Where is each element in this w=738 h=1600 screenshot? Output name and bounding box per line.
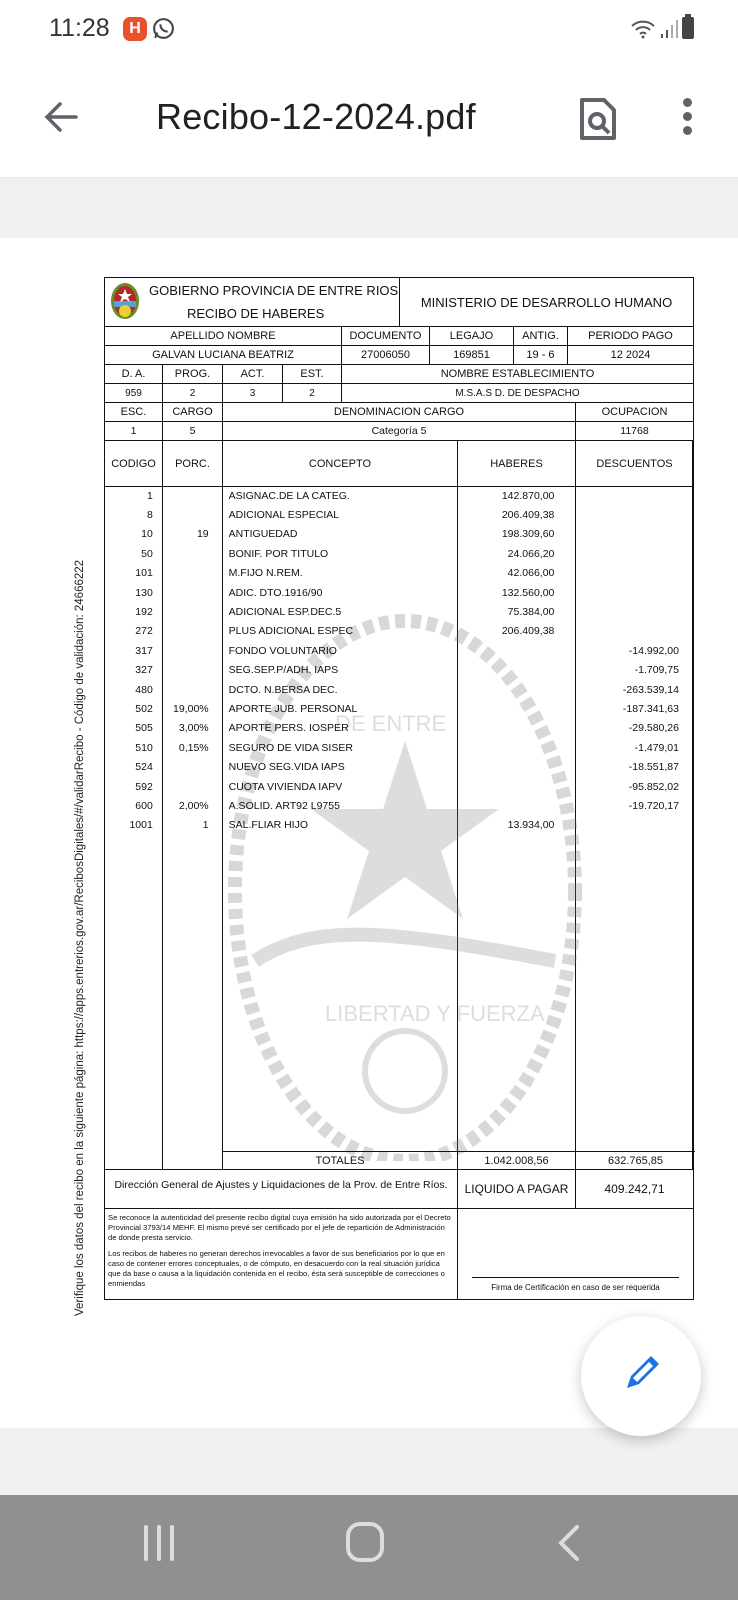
line-deduction: -19.720,17 — [574, 800, 693, 812]
line-concept: FONDO VOLUNTARIO — [223, 645, 457, 657]
label-esc: ESC. — [105, 403, 163, 421]
net-pay-label: LIQUIDO A PAGAR — [458, 1170, 576, 1208]
line-concept: ADICIONAL ESPECIAL — [223, 509, 457, 521]
line-concept: SEGURO DE VIDA SISER — [223, 742, 457, 754]
concept-line: 130ADIC. DTO.1916/90132.560,00 — [105, 583, 693, 602]
esc-value: 1 — [105, 422, 163, 440]
concept-line: 524NUEVO SEG.VIDA IAPS-18.551,87 — [105, 757, 693, 776]
line-concept: APORTE PERS. IOSPER — [223, 722, 457, 734]
line-concept: BONIF. POR TITULO — [223, 548, 457, 560]
line-concept: ADICIONAL ESP.DEC.5 — [223, 606, 457, 618]
line-concept: ANTIGUEDAD — [223, 528, 457, 540]
signature-line-label: Firma de Certificación en caso de ser re… — [458, 1283, 693, 1292]
line-earnings: 142.870,00 — [457, 490, 575, 502]
label-prog: PROG. — [163, 365, 223, 383]
legal-notice: Se reconoce la autenticidad del presente… — [105, 1209, 458, 1299]
line-earnings: 206.409,38 — [457, 625, 575, 637]
edit-fab-button[interactable] — [581, 1316, 701, 1436]
line-percentage: 2,00% — [163, 800, 223, 812]
issuing-office: Dirección General de Ajustes y Liquidaci… — [105, 1170, 458, 1208]
label-apellido-nombre: APELLIDO NOMBRE — [105, 327, 342, 345]
concept-line: 1ASIGNAC.DE LA CATEG.142.870,00 — [105, 486, 693, 505]
pay-period: 12 2024 — [568, 346, 693, 364]
line-code: 8 — [105, 509, 163, 521]
line-percentage: 3,00% — [163, 722, 223, 734]
net-pay-amount: 409.242,71 — [576, 1170, 693, 1208]
line-code: 505 — [105, 722, 163, 734]
antiguedad-value: 19 - 6 — [514, 346, 568, 364]
home-icon[interactable] — [345, 1521, 385, 1563]
header-codigo: CODIGO — [105, 441, 163, 486]
line-code: 510 — [105, 742, 163, 754]
label-antig: ANTIG. — [514, 327, 568, 345]
concept-line: 50219,00%APORTE JUB. PERSONAL-187.341,63 — [105, 699, 693, 718]
line-concept: PLUS ADICIONAL ESPEC — [223, 625, 457, 637]
employee-name: GALVAN LUCIANA BEATRIZ — [105, 346, 342, 364]
concept-line: 6002,00%A.SOLID. ART92 L9755-19.720,17 — [105, 796, 693, 815]
label-da: D. A. — [105, 365, 163, 383]
document-title: Recibo-12-2024.pdf — [156, 96, 476, 138]
app-bar: Recibo-12-2024.pdf — [0, 60, 738, 178]
verification-note: Verifique los datos del recibo en la sig… — [74, 536, 86, 1316]
line-code: 600 — [105, 800, 163, 812]
line-earnings: 75.384,00 — [457, 606, 575, 618]
line-code: 592 — [105, 781, 163, 793]
cargo-value: 5 — [163, 422, 223, 440]
line-concept: APORTE JUB. PERSONAL — [223, 703, 457, 715]
concept-line: 10011SAL.FLIAR HIJO13.934,00 — [105, 816, 693, 835]
line-concept: A.SOLID. ART92 L9755 — [223, 800, 457, 812]
line-concept: SAL.FLIAR HIJO — [223, 819, 457, 831]
line-concept: SEG.SEP.P/ADH. IAPS — [223, 664, 457, 676]
concept-line: 327SEG.SEP.P/ADH. IAPS-1.709,75 — [105, 661, 693, 680]
concept-line: 192ADICIONAL ESP.DEC.575.384,00 — [105, 602, 693, 621]
line-percentage: 19,00% — [163, 703, 223, 715]
legal-paragraph-rights: Los recibos de haberes no generan derech… — [108, 1249, 454, 1289]
line-percentage: 19 — [163, 528, 223, 540]
line-concept: CUOTA VIVIENDA IAPV — [223, 781, 457, 793]
da-value: 959 — [105, 384, 163, 402]
signal-icon — [660, 19, 678, 39]
line-deduction: -29.580,26 — [574, 722, 693, 734]
line-percentage: 1 — [163, 819, 223, 831]
line-code: 1 — [105, 490, 163, 502]
label-cargo: CARGO — [163, 403, 223, 421]
concept-line: 592CUOTA VIVIENDA IAPV-95.852,02 — [105, 777, 693, 796]
label-establecimiento: NOMBRE ESTABLECIMIENTO — [342, 365, 693, 383]
clock: 11:28 — [49, 14, 110, 43]
label-ocupacion: OCUPACION — [576, 403, 693, 421]
label-denominacion-cargo: DENOMINACION CARGO — [223, 403, 576, 421]
line-concept: NUEVO SEG.VIDA IAPS — [223, 761, 457, 773]
recent-apps-icon[interactable] — [142, 1523, 178, 1563]
line-concept: M.FIJO N.REM. — [223, 567, 457, 579]
line-code: 272 — [105, 625, 163, 637]
ministry-name: MINISTERIO DE DESARROLLO HUMANO — [400, 278, 693, 326]
line-code: 480 — [105, 684, 163, 696]
line-deduction: -1.709,75 — [574, 664, 693, 676]
document-number: 27006050 — [342, 346, 430, 364]
line-code: 524 — [105, 761, 163, 773]
concept-line: 1019ANTIGUEDAD198.309,60 — [105, 525, 693, 544]
est-value: 2 — [283, 384, 342, 402]
more-options-icon[interactable] — [680, 98, 694, 138]
line-code: 317 — [105, 645, 163, 657]
line-code: 50 — [105, 548, 163, 560]
line-deduction: -95.852,02 — [574, 781, 693, 793]
concept-line: 272PLUS ADICIONAL ESPEC206.409,38 — [105, 622, 693, 641]
find-in-document-icon[interactable] — [578, 96, 618, 142]
app-notification-icon: H — [123, 17, 147, 41]
header-concepto: CONCEPTO — [223, 441, 458, 486]
line-earnings: 42.066,00 — [457, 567, 575, 579]
line-earnings: 13.934,00 — [457, 819, 575, 831]
wifi-icon — [630, 19, 656, 39]
totals-label: TOTALES — [223, 1152, 458, 1170]
concept-line: 317FONDO VOLUNTARIO-14.992,00 — [105, 641, 693, 660]
pencil-icon — [619, 1352, 663, 1396]
legajo-number: 169851 — [430, 346, 514, 364]
nav-back-icon[interactable] — [555, 1523, 583, 1563]
concept-line: 8ADICIONAL ESPECIAL206.409,38 — [105, 505, 693, 524]
header-descuentos: DESCUENTOS — [576, 441, 693, 486]
establishment-name: M.S.A.S D. DE DESPACHO — [342, 384, 693, 402]
label-act: ACT. — [223, 365, 283, 383]
line-earnings: 24.066,20 — [457, 548, 575, 560]
battery-icon — [682, 17, 694, 39]
government-title: GOBIERNO PROVINCIA DE ENTRE RIOS — [149, 283, 398, 298]
label-legajo: LEGAJO — [430, 327, 514, 345]
concepts-table: DE ENTRE LIBERTAD Y FUERZA CODIGO PORC. … — [105, 441, 693, 1169]
label-documento: DOCUMENTO — [342, 327, 430, 345]
receipt-title: RECIBO DE HABERES — [187, 306, 324, 321]
label-periodo-pago: PERIODO PAGO — [568, 327, 693, 345]
line-deduction: -1.479,01 — [574, 742, 693, 754]
job-title: Categoría 5 — [223, 422, 576, 440]
concept-lines: 1ASIGNAC.DE LA CATEG.142.870,008ADICIONA… — [105, 486, 693, 835]
concept-line: 5053,00%APORTE PERS. IOSPER-29.580,26 — [105, 719, 693, 738]
concept-line: 480DCTO. N.BERSA DEC.-263.539,14 — [105, 680, 693, 699]
line-deduction: -14.992,00 — [574, 645, 693, 657]
line-earnings: 198.309,60 — [457, 528, 575, 540]
line-percentage: 0,15% — [163, 742, 223, 754]
act-value: 3 — [223, 384, 283, 402]
header-porc: PORC. — [163, 441, 223, 486]
total-haberes: 1.042.008,56 — [458, 1152, 576, 1170]
header-haberes: HABERES — [458, 441, 576, 486]
line-code: 327 — [105, 664, 163, 676]
line-earnings: 206.409,38 — [457, 509, 575, 521]
line-deduction: -263.539,14 — [574, 684, 693, 696]
line-concept: DCTO. N.BERSA DEC. — [223, 684, 457, 696]
whatsapp-icon — [151, 16, 176, 41]
system-nav-bar — [0, 1495, 738, 1600]
line-earnings: 132.560,00 — [457, 587, 575, 599]
province-crest-icon — [109, 281, 141, 321]
line-deduction: -187.341,63 — [574, 703, 693, 715]
pay-receipt: GOBIERNO PROVINCIA DE ENTRE RIOS RECIBO … — [104, 277, 694, 1300]
line-code: 1001 — [105, 819, 163, 831]
line-code: 192 — [105, 606, 163, 618]
back-arrow-icon[interactable] — [40, 96, 82, 138]
receipt-header: GOBIERNO PROVINCIA DE ENTRE RIOS RECIBO … — [105, 278, 400, 326]
line-code: 130 — [105, 587, 163, 599]
line-code: 502 — [105, 703, 163, 715]
line-code: 101 — [105, 567, 163, 579]
legal-paragraph-authenticity: Se reconoce la autenticidad del presente… — [108, 1213, 454, 1243]
label-est: EST. — [283, 365, 342, 383]
line-deduction: -18.551,87 — [574, 761, 693, 773]
line-code: 10 — [105, 528, 163, 540]
line-concept: ASIGNAC.DE LA CATEG. — [223, 490, 457, 502]
concept-line: 50BONIF. POR TITULO24.066,20 — [105, 544, 693, 563]
concept-line: 101M.FIJO N.REM.42.066,00 — [105, 564, 693, 583]
line-concept: ADIC. DTO.1916/90 — [223, 587, 457, 599]
ocupacion-value: 11768 — [576, 422, 693, 440]
status-bar: 11:28 H — [0, 0, 738, 60]
prog-value: 2 — [163, 384, 223, 402]
concept-line: 5100,15%SEGURO DE VIDA SISER-1.479,01 — [105, 738, 693, 757]
total-descuentos: 632.765,85 — [576, 1152, 695, 1170]
system-icons — [630, 17, 694, 39]
